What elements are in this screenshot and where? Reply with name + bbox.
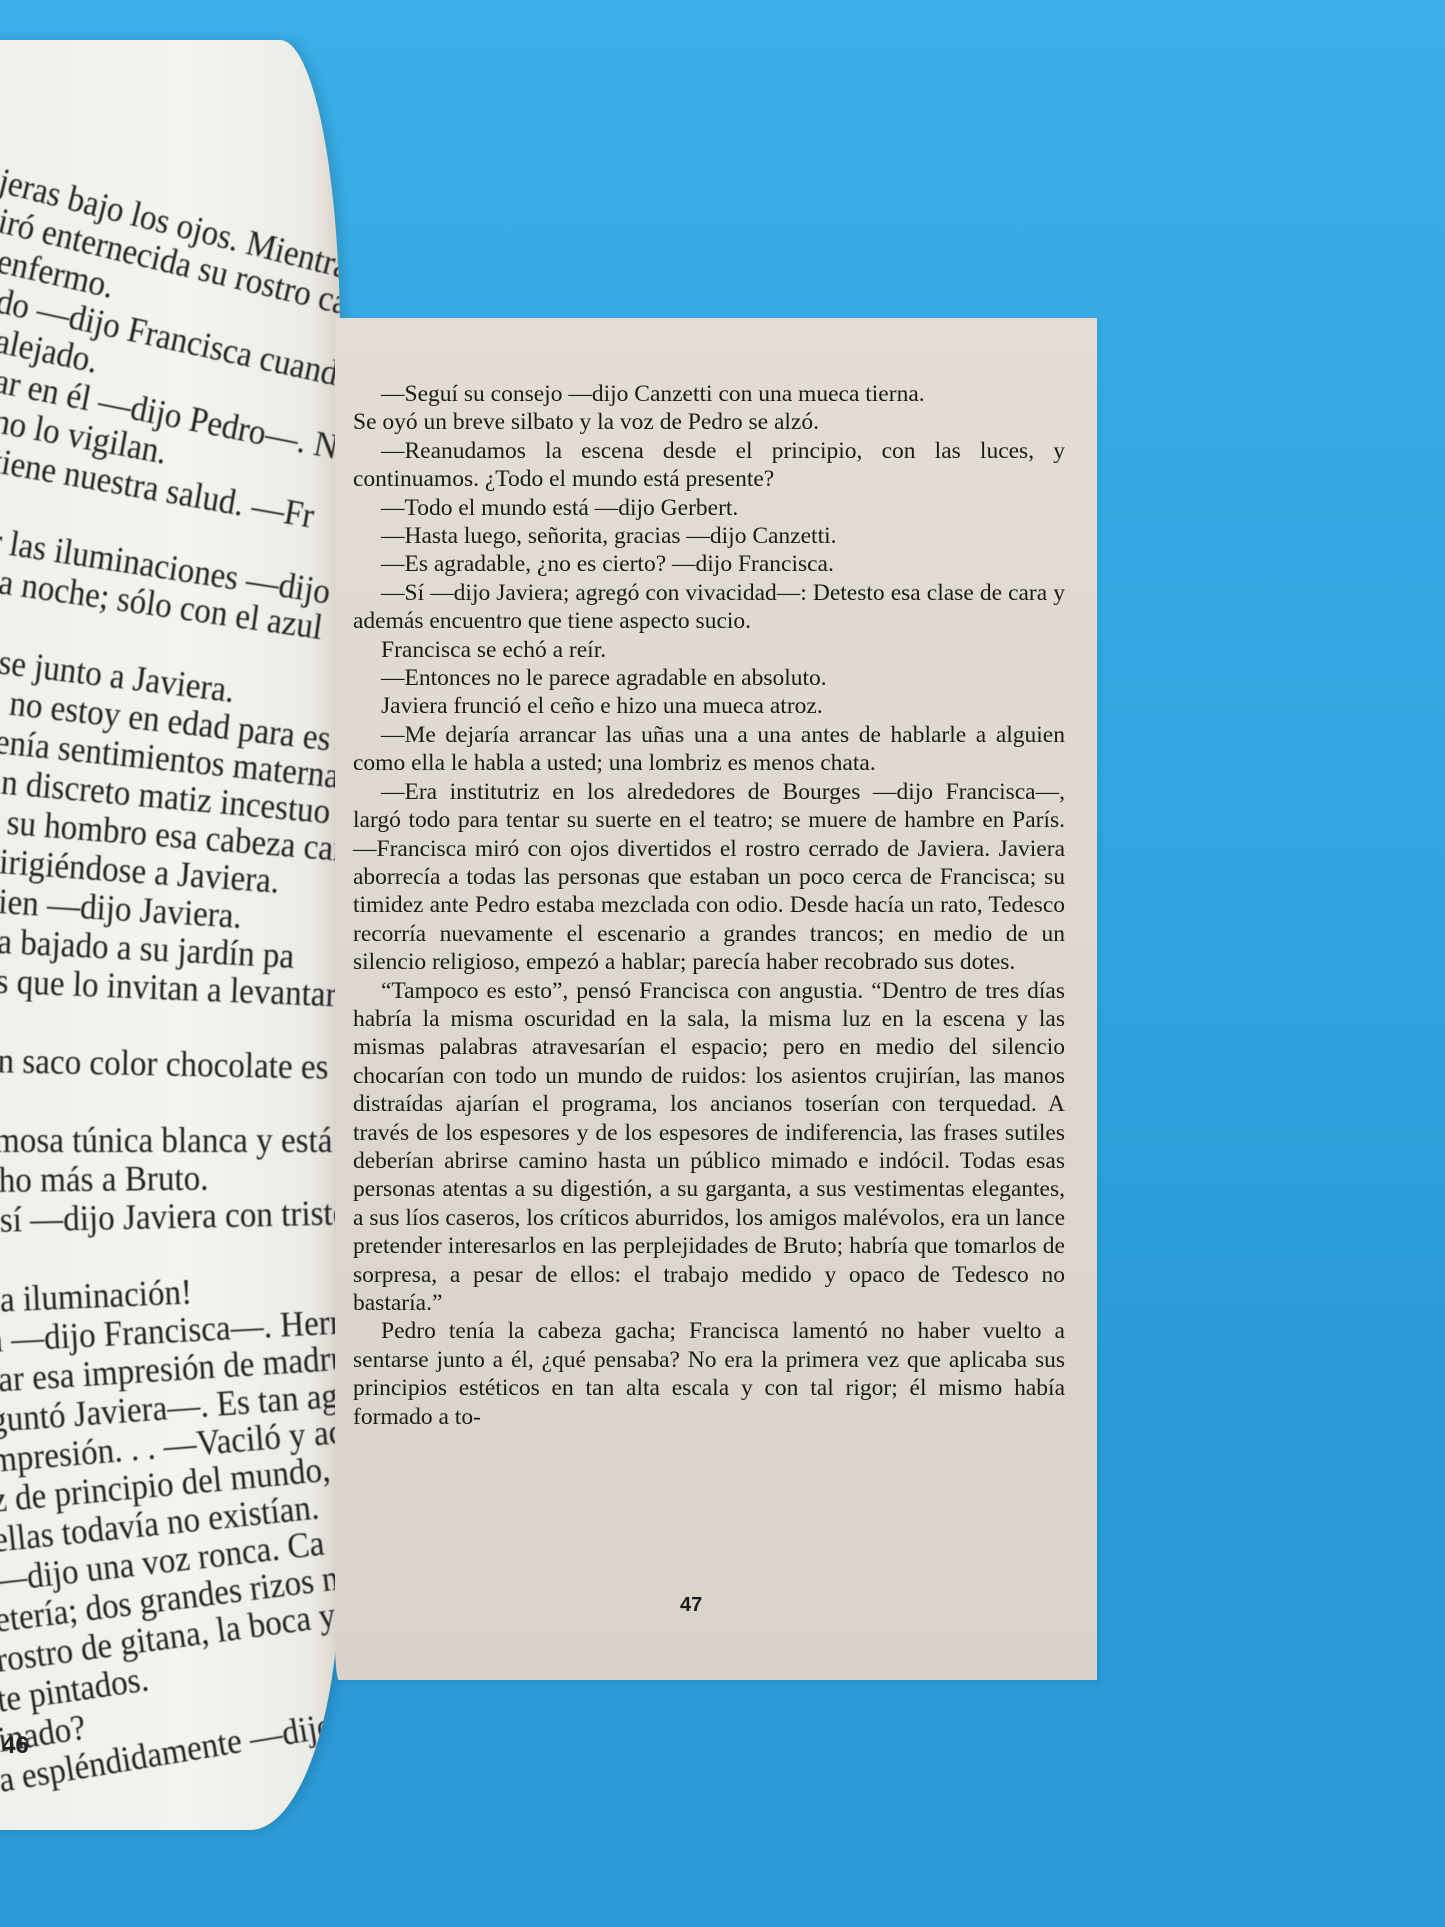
paragraph: —Todo el mundo está —dijo Gerbert.	[353, 494, 1065, 522]
right-page-number: 47	[680, 1594, 702, 1617]
paragraph: —Me dejaría arrancar las uñas una a una …	[353, 721, 1065, 778]
paragraph: —Seguí su consejo —dijo Canzetti con una…	[353, 380, 1065, 408]
paragraph: —Sí —dijo Javiera; agregó con vivacidad—…	[353, 579, 1065, 636]
right-page-text: —Seguí su consejo —dijo Canzetti con una…	[353, 380, 1065, 1431]
paragraph: —Entonces no le parece agradable en abso…	[353, 664, 1065, 692]
left-page-line	[0, 1080, 340, 1124]
left-page-line: rmosa túnica blanca y está	[0, 1120, 340, 1160]
paragraph: —Era institutriz en los alrededores de B…	[353, 778, 1065, 977]
paragraph: —Es agradable, ¿no es cierto? —dijo Fran…	[353, 550, 1065, 578]
left-page-text: jeras bajo los ojos. Mientrasiró enterne…	[0, 160, 340, 1800]
paragraph: Pedro tenía la cabeza gacha; Francisca l…	[353, 1317, 1065, 1431]
paragraph: Javiera frunció el ceño e hizo una mueca…	[353, 692, 1065, 720]
paragraph: —Hasta luego, señorita, gracias —dijo Ca…	[353, 522, 1065, 550]
paragraph: “Tampoco es esto”, pensó Francisca con a…	[353, 977, 1065, 1318]
paragraph: Francisca se echó a reír.	[353, 636, 1065, 664]
left-page: jeras bajo los ojos. Mientrasiró enterne…	[0, 40, 340, 1830]
left-page-number: 46	[2, 1732, 29, 1760]
paragraph: Se oyó un breve silbato y la voz de Pedr…	[353, 408, 1065, 436]
paragraph: —Reanudamos la escena desde el principio…	[353, 437, 1065, 494]
right-page: —Seguí su consejo —dijo Canzetti con una…	[335, 318, 1097, 1680]
